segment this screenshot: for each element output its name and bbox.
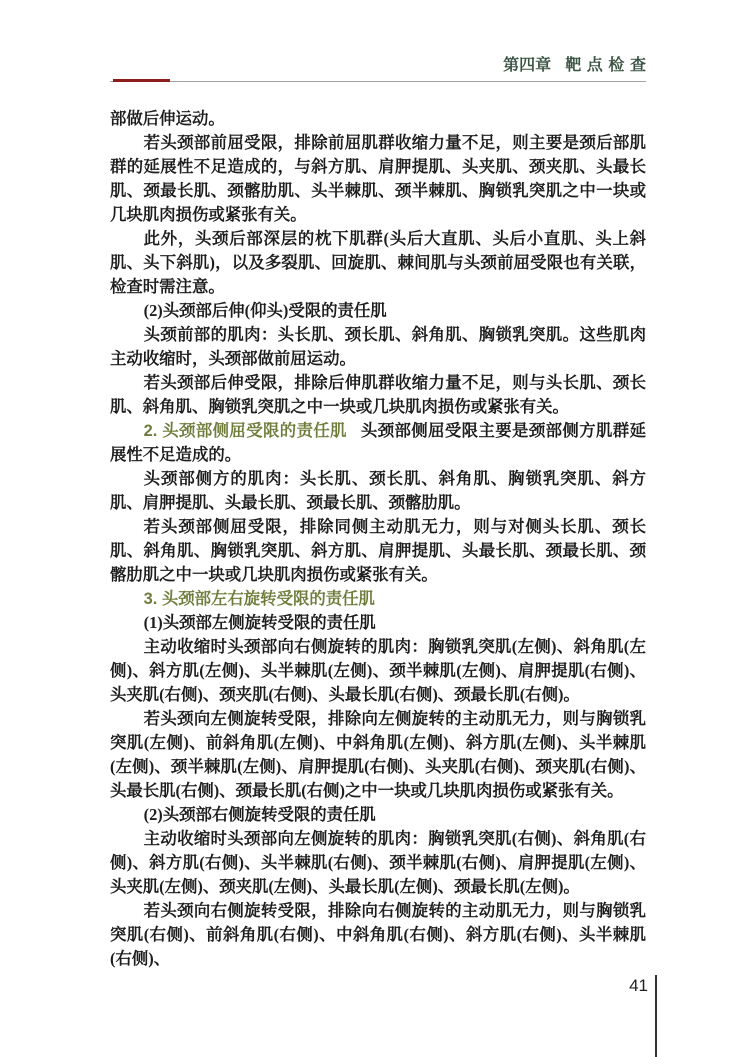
chapter-title: 靶点检查 <box>565 57 651 74</box>
section-heading: 3. 头颈部左右旋转受限的责任肌 <box>144 590 375 608</box>
subsection-heading: (1)头颈部左侧旋转受限的责任肌 <box>110 611 646 635</box>
page-body: 部做后伸运动。 若头颈部前屈受限，排除前屈肌群收缩力量不足，则主要是颈后部肌群的… <box>110 107 646 971</box>
paragraph: 头颈部侧方的肌肉：头长肌、颈长肌、斜角肌、胸锁乳突肌、斜方肌、肩胛提肌、头最长肌… <box>110 467 646 515</box>
paragraph: 若头颈部前屈受限，排除前屈肌群收缩力量不足，则主要是颈后部肌群的延展性不足造成的… <box>110 131 646 227</box>
section-heading: 2. 头颈部侧屈受限的责任肌 <box>144 422 347 440</box>
paragraph: 部做后伸运动。 <box>110 107 646 131</box>
book-page: 第四章靶点检查 部做后伸运动。 若头颈部前屈受限，排除前屈肌群收缩力量不足，则主… <box>0 0 750 1057</box>
paragraph-text: 若头颈向右侧旋转受限，排除向右侧旋转的主动肌无力，则与胸锁乳突肌(右侧)、前斜角… <box>110 901 646 968</box>
paragraph-text: 若头颈向左侧旋转受限，排除向左侧旋转的主动肌无力，则与胸锁乳突肌(左侧)、前斜角… <box>110 709 646 800</box>
paragraph: 此外，头颈后部深层的枕下肌群(头后大直肌、头后小直肌、头上斜肌、头下斜肌)，以及… <box>110 227 646 299</box>
paragraph: 若头颈部侧屈受限，排除同侧主动肌无力，则与对侧头长肌、颈长肌、斜角肌、胸锁乳突肌… <box>110 515 646 587</box>
paragraph: 头颈前部的肌肉：头长肌、颈长肌、斜角肌、胸锁乳突肌。这些肌肉主动收缩时，头颈部做… <box>110 323 646 371</box>
paragraph: 主动收缩时头颈部向左侧旋转的肌肉：胸锁乳突肌(右侧)、斜角肌(右侧)、斜方肌(右… <box>110 827 646 899</box>
paragraph: 若头颈部后伸受限，排除后伸肌群收缩力量不足，则与头长肌、颈长肌、斜角肌、胸锁乳突… <box>110 371 646 419</box>
paragraph-text: 若头颈部前屈受限，排除前屈肌群收缩力量不足，则主要是颈后部肌群的延展性不足造成的… <box>110 133 646 224</box>
paragraph-text: 若头颈部后伸受限，排除后伸肌群收缩力量不足，则与头长肌、颈长肌、斜角肌、胸锁乳突… <box>110 373 646 416</box>
header-rule <box>110 81 646 82</box>
paragraph-text: 若头颈部侧屈受限，排除同侧主动肌无力，则与对侧头长肌、颈长肌、斜角肌、胸锁乳突肌… <box>110 517 646 584</box>
paragraph-text: 主动收缩时头颈部向左侧旋转的肌肉：胸锁乳突肌(右侧)、斜角肌(右侧)、斜方肌(右… <box>110 829 646 896</box>
subsection-heading: (2)头颈部右侧旋转受限的责任肌 <box>110 803 646 827</box>
paragraph: 主动收缩时头颈部向右侧旋转的肌肉：胸锁乳突肌(左侧)、斜角肌(左侧)、斜方肌(左… <box>110 635 646 707</box>
paragraph-text: 头颈部侧方的肌肉：头长肌、颈长肌、斜角肌、胸锁乳突肌、斜方肌、肩胛提肌、头最长肌… <box>110 469 646 512</box>
running-head: 第四章靶点检查 <box>110 56 646 76</box>
paragraph-text: (2)头颈部右侧旋转受限的责任肌 <box>144 805 376 824</box>
subsection-heading: (2)头颈部后伸(仰头)受限的责任肌 <box>110 299 646 323</box>
paragraph-text: 主动收缩时头颈部向右侧旋转的肌肉：胸锁乳突肌(左侧)、斜角肌(左侧)、斜方肌(左… <box>110 637 646 704</box>
paragraph-text: 部做后伸运动。 <box>110 109 225 128</box>
paragraph: 若头颈向右侧旋转受限，排除向右侧旋转的主动肌无力，则与胸锁乳突肌(右侧)、前斜角… <box>110 899 646 971</box>
paragraph-text: (1)头颈部左侧旋转受限的责任肌 <box>144 613 376 632</box>
page-header: 第四章靶点检查 <box>110 56 646 82</box>
page-number: 41 <box>620 976 648 996</box>
paragraph: 3. 头颈部左右旋转受限的责任肌 <box>110 587 646 611</box>
paragraph: 2. 头颈部侧屈受限的责任肌头颈部侧屈受限主要是颈部侧方肌群延展性不足造成的。 <box>110 419 646 467</box>
chapter-label: 第四章 <box>503 57 551 74</box>
footer-rule <box>655 975 657 1057</box>
paragraph-text: (2)头颈部后伸(仰头)受限的责任肌 <box>144 301 387 320</box>
accent-bar <box>113 79 170 82</box>
paragraph-text: 此外，头颈后部深层的枕下肌群(头后大直肌、头后小直肌、头上斜肌、头下斜肌)，以及… <box>110 229 646 296</box>
paragraph: 若头颈向左侧旋转受限，排除向左侧旋转的主动肌无力，则与胸锁乳突肌(左侧)、前斜角… <box>110 707 646 803</box>
paragraph-text: 头颈前部的肌肉：头长肌、颈长肌、斜角肌、胸锁乳突肌。这些肌肉主动收缩时，头颈部做… <box>110 325 646 368</box>
